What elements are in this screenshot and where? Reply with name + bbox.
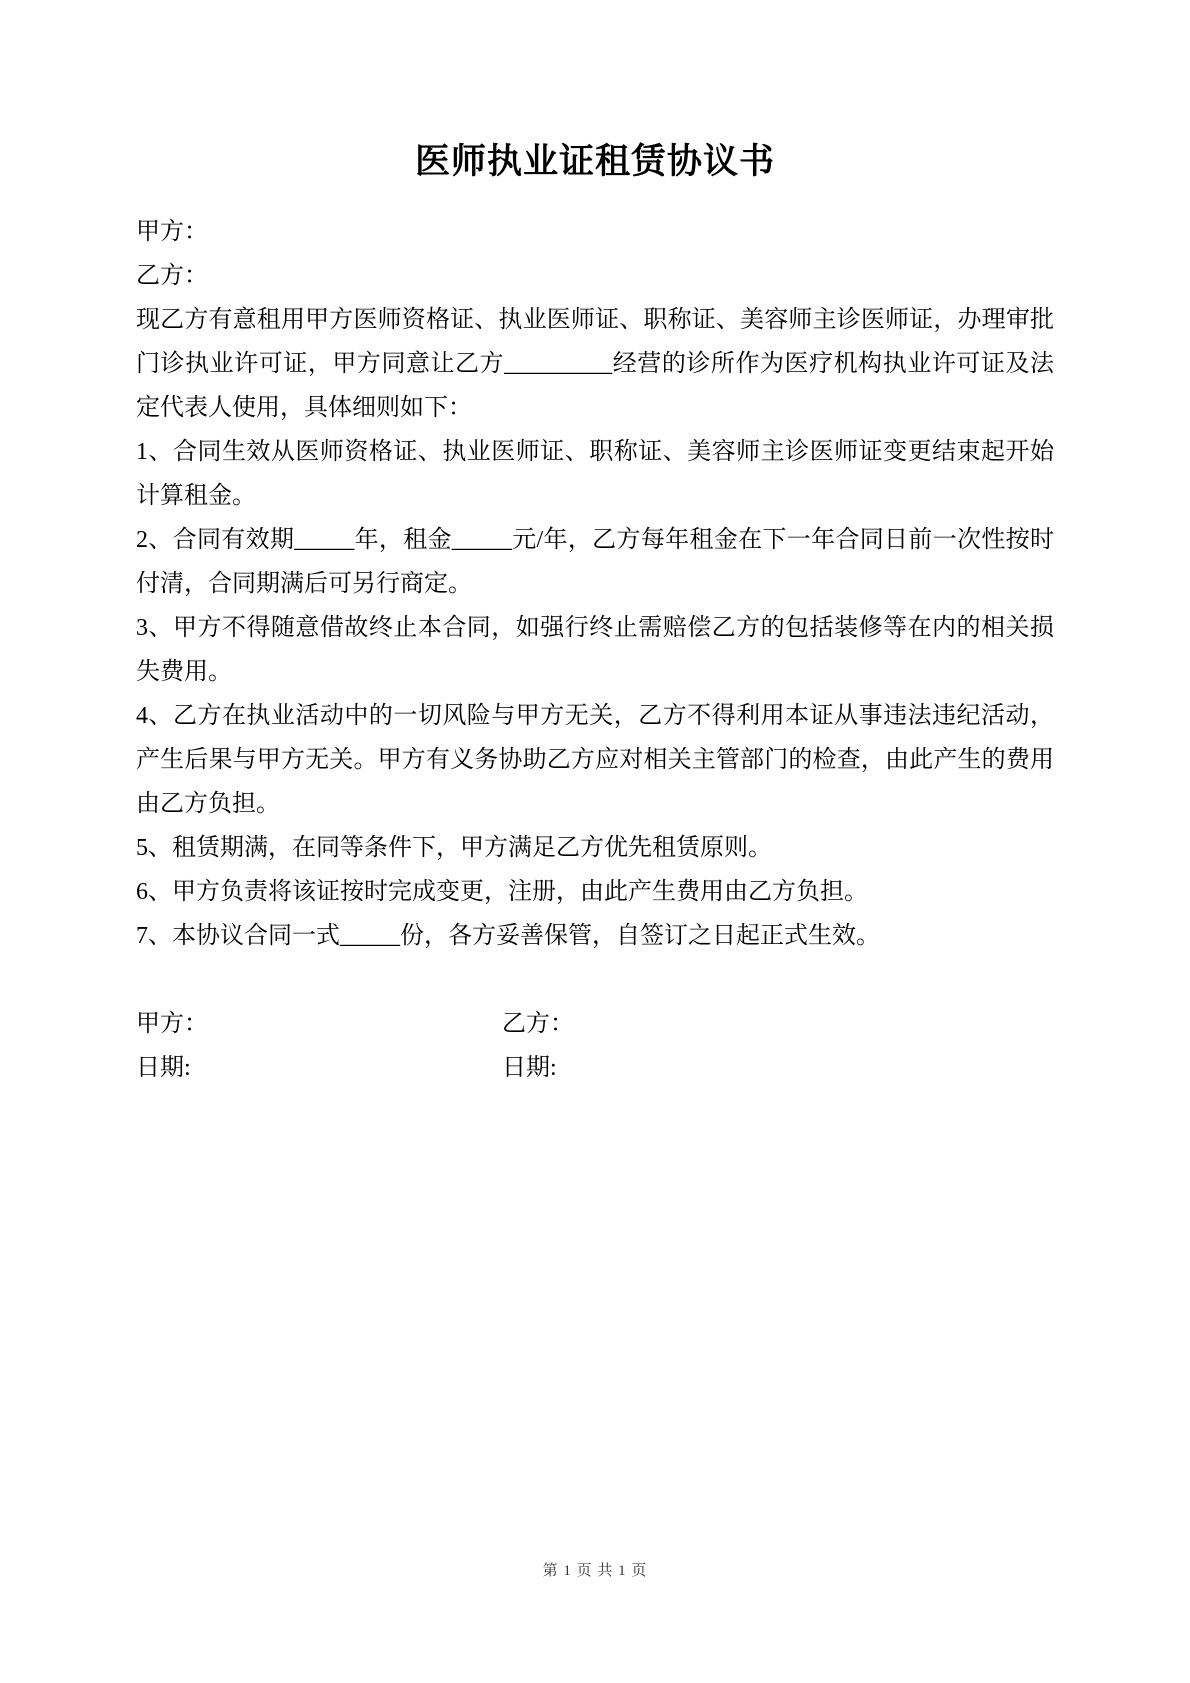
clause-1-paragraph: 1、合同生效从医师资格证、执业医师证、职称证、美容师主诊医师证变更结束起开始计算… [136,430,1054,518]
clause-4-paragraph: 4、乙方在执业活动中的一切风险与甲方无关，乙方不得利用本证从事违法违纪活动，产生… [136,694,1054,826]
signature-party-a-date-label: 日期: [136,1046,502,1090]
intro-paragraph: 现乙方有意租用甲方医师资格证、执业医师证、职称证、美容师主诊医师证，办理审批门诊… [136,298,1054,430]
party-b-line: 乙方： [136,254,1054,298]
page-footer: 第 1 页 共 1 页 [0,1561,1190,1581]
signature-party-a-label: 甲方： [136,1002,502,1046]
party-a-line: 甲方： [136,210,1054,254]
document-body: 甲方： 乙方： 现乙方有意租用甲方医师资格证、执业医师证、职称证、美容师主诊医师… [136,210,1054,958]
document-page: 医师执业证租赁协议书 甲方： 乙方： 现乙方有意租用甲方医师资格证、执业医师证、… [0,0,1190,1683]
clause-6-paragraph: 6、甲方负责将该证按时完成变更，注册，由此产生费用由乙方负担。 [136,870,1054,914]
document-title: 医师执业证租赁协议书 [0,0,1190,187]
signature-party-b-date-label: 日期: [502,1046,1054,1090]
signature-party-b-label: 乙方： [502,1002,1054,1046]
clause-5-paragraph: 5、租赁期满，在同等条件下，甲方满足乙方优先租赁原则。 [136,826,1054,870]
clause-2-paragraph: 2、合同有效期_____年，租金_____元/年，乙方每年租金在下一年合同日前一… [136,518,1054,606]
signature-party-row: 甲方： 乙方： [136,1002,1054,1046]
clause-7-paragraph: 7、本协议合同一式_____份，各方妥善保管，自签订之日起正式生效。 [136,914,1054,958]
clause-3-paragraph: 3、甲方不得随意借故终止本合同，如强行终止需赔偿乙方的包括装修等在内的相关损失费… [136,606,1054,694]
signature-block: 甲方： 乙方： 日期: 日期: [136,1002,1054,1090]
signature-date-row: 日期: 日期: [136,1046,1054,1090]
